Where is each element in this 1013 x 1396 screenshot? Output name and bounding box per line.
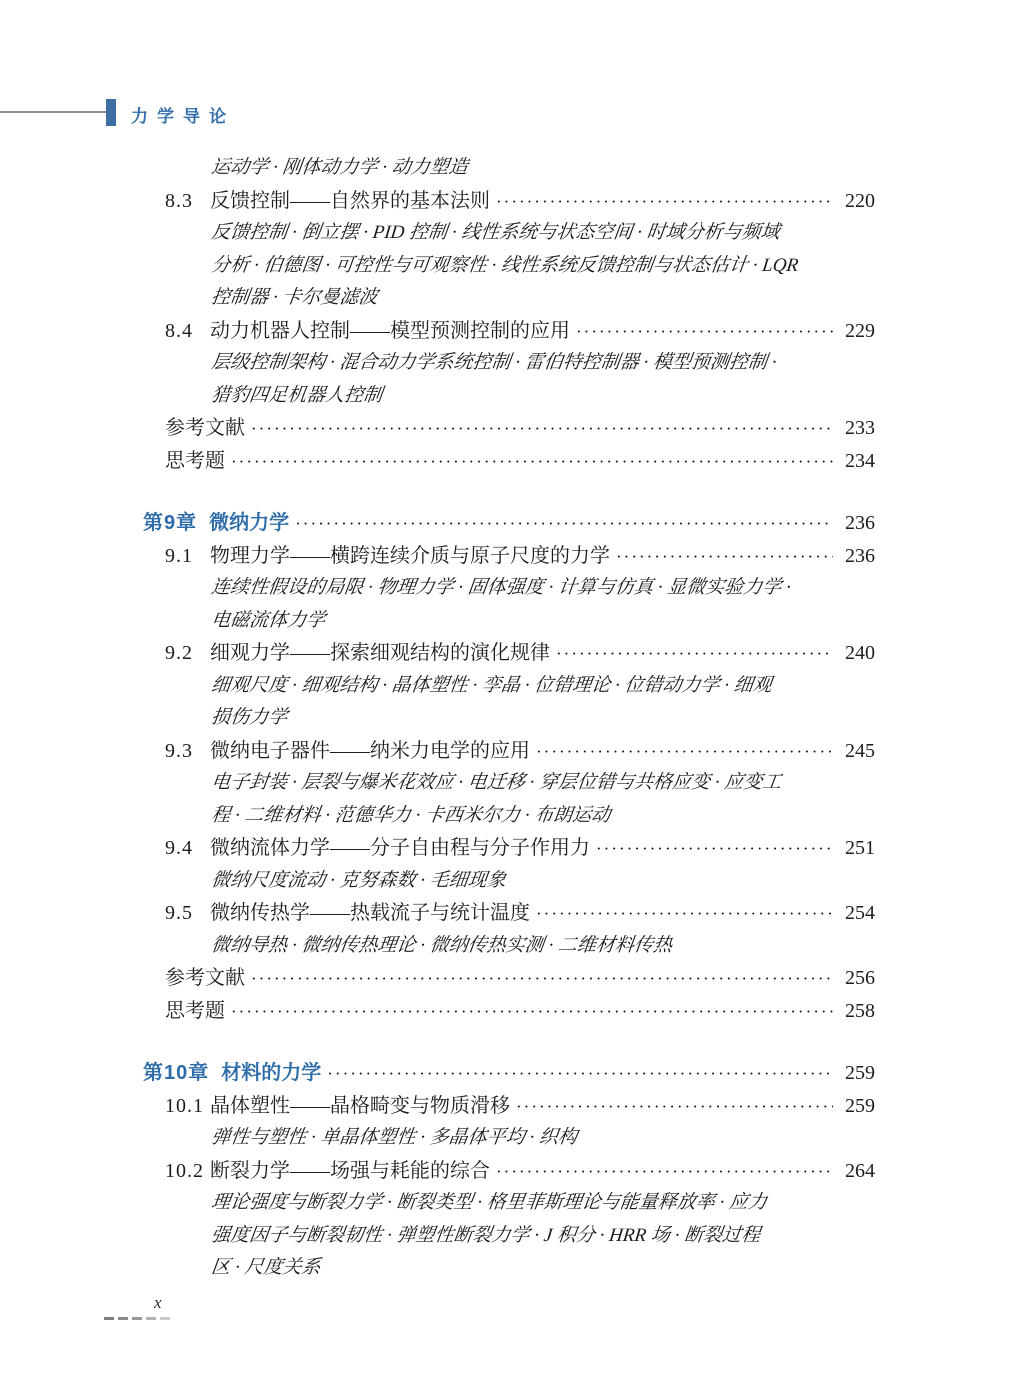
entry-title: 细观力学——探索细观结构的演化规律	[210, 637, 550, 670]
footer-page-number: x	[154, 1293, 162, 1313]
toc-entry-section: 9.4微纳流体力学——分子自由程与分子作用力251	[165, 832, 875, 865]
sub-topics-text: 程 · 二维材料 · 范德华力 · 卡西米尔力 · 布朗运动	[209, 800, 612, 833]
dot-leader	[536, 736, 833, 769]
entry-title: 反馈控制——自然界的基本法则	[210, 185, 490, 218]
entry-page-number: 259	[841, 1057, 875, 1090]
toc-sub-line: 微纳导热 · 微纳传热理论 · 微纳传热实测 · 二维材料传热	[210, 930, 875, 963]
toc-entry-chapter: 第10章材料的力学259	[143, 1057, 875, 1090]
toc-entry-ref: 思考题234	[165, 445, 875, 478]
toc-entry-chapter: 第9章微纳力学236	[143, 507, 875, 540]
toc-sub-line: 反馈控制 · 倒立摆 · PID 控制 · 线性系统与状态空间 · 时域分析与频…	[210, 217, 875, 250]
toc-sub-line: 控制器 · 卡尔曼滤波	[210, 282, 875, 315]
entry-title: 思考题	[165, 445, 225, 478]
sub-topics-text: 电子封装 · 层裂与爆米花效应 · 电迁移 · 穿层位错与共格应变 · 应变工	[209, 767, 783, 800]
toc-entry-ref: 思考题258	[165, 995, 875, 1028]
footer-dashes	[104, 1317, 170, 1320]
toc-entry-section: 10.2断裂力学——场强与耗能的综合264	[165, 1155, 875, 1188]
sub-topics-text: 连续性假设的局限 · 物理力学 · 固体强度 · 计算与仿真 · 显微实验力学 …	[209, 572, 793, 605]
sub-topics-text: 细观尺度 · 细观结构 · 晶体塑性 · 孪晶 · 位错理论 · 位错动力学 ·…	[209, 670, 774, 703]
entry-title: 物理力学——横跨连续介质与原子尺度的力学	[210, 540, 610, 573]
sub-topics-text: 区 · 尺度关系	[209, 1252, 322, 1285]
toc-sub-line: 损伤力学	[210, 702, 875, 735]
dot-leader	[596, 833, 833, 866]
entry-page-number: 264	[841, 1155, 875, 1188]
entry-page-number: 256	[841, 962, 875, 995]
toc-sub-line: 猎豹四足机器人控制	[210, 380, 875, 413]
toc-entry-section: 8.4动力机器人控制——模型预测控制的应用229	[165, 315, 875, 348]
entry-title: 参考文献	[165, 412, 245, 445]
dot-leader	[231, 996, 833, 1029]
toc-entry-ref: 参考文献233	[165, 412, 875, 445]
footer-dash	[104, 1317, 114, 1320]
sub-topics-text: 弹性与塑性 · 单晶体塑性 · 多晶体平均 · 织构	[209, 1122, 579, 1155]
dot-leader	[496, 1156, 833, 1189]
footer-dash	[118, 1317, 128, 1320]
dot-leader	[516, 1091, 833, 1124]
section-number: 9.2	[165, 637, 210, 670]
sub-topics-text: 强度因子与断裂韧性 · 弹塑性断裂力学 · J 积分 · HRR 场 · 断裂过…	[209, 1220, 762, 1253]
entry-page-number: 259	[841, 1090, 875, 1123]
toc-sub-line: 运动学 · 刚体动力学 · 动力塑造	[210, 152, 875, 185]
header-rule	[0, 111, 106, 113]
entry-page-number: 229	[841, 315, 875, 348]
entry-title: 断裂力学——场强与耗能的综合	[210, 1155, 490, 1188]
toc-sub-line: 程 · 二维材料 · 范德华力 · 卡西米尔力 · 布朗运动	[210, 800, 875, 833]
toc-entry-section: 9.3微纳电子器件——纳米力电学的应用245	[165, 735, 875, 768]
sub-topics-text: 控制器 · 卡尔曼滤波	[209, 282, 379, 315]
toc-sub-line: 分析 · 伯德图 · 可控性与可观察性 · 线性系统反馈控制与状态估计 · LQ…	[210, 250, 875, 283]
toc-sub-line: 微纳尺度流动 · 克努森数 · 毛细现象	[210, 865, 875, 898]
sub-topics-text: 电磁流体力学	[209, 605, 327, 638]
book-title: 力学导论	[131, 102, 235, 127]
dot-leader	[251, 963, 833, 996]
entry-page-number: 240	[841, 637, 875, 670]
dot-leader	[536, 898, 833, 931]
toc-sub-line: 连续性假设的局限 · 物理力学 · 固体强度 · 计算与仿真 · 显微实验力学 …	[210, 572, 875, 605]
entry-page-number: 233	[841, 412, 875, 445]
toc-sub-line: 强度因子与断裂韧性 · 弹塑性断裂力学 · J 积分 · HRR 场 · 断裂过…	[210, 1220, 875, 1253]
entry-title: 晶体塑性——晶格畸变与物质滑移	[210, 1090, 510, 1123]
toc-sub-line: 弹性与塑性 · 单晶体塑性 · 多晶体平均 · 织构	[210, 1122, 875, 1155]
chapter-title: 微纳力学	[209, 507, 289, 540]
toc-sub-line: 区 · 尺度关系	[210, 1252, 875, 1285]
entry-title: 微纳流体力学——分子自由程与分子作用力	[210, 832, 590, 865]
toc-entry-section: 9.1物理力学——横跨连续介质与原子尺度的力学236	[165, 540, 875, 573]
entry-page-number: 236	[841, 540, 875, 573]
toc-entry-section: 9.2细观力学——探索细观结构的演化规律240	[165, 637, 875, 670]
toc-sub-line: 层级控制架构 · 混合动力学系统控制 · 雷伯特控制器 · 模型预测控制 ·	[210, 347, 875, 380]
toc-list: 运动学 · 刚体动力学 · 动力塑造8.3反馈控制——自然界的基本法则220反馈…	[143, 152, 875, 1285]
entry-page-number: 236	[841, 507, 875, 540]
sub-topics-text: 理论强度与断裂力学 · 断裂类型 · 格里菲斯理论与能量释放率 · 应力	[209, 1187, 769, 1220]
dot-leader	[327, 1058, 833, 1091]
footer-dash	[132, 1317, 142, 1320]
dot-leader	[295, 508, 833, 541]
sub-topics-text: 层级控制架构 · 混合动力学系统控制 · 雷伯特控制器 · 模型预测控制 ·	[209, 347, 778, 380]
entry-page-number: 254	[841, 897, 875, 930]
entry-page-number: 220	[841, 185, 875, 218]
dot-leader	[496, 186, 833, 219]
section-number: 9.4	[165, 832, 210, 865]
dot-leader	[251, 413, 833, 446]
entry-title: 微纳传热学——热载流子与统计温度	[210, 897, 530, 930]
dot-leader	[556, 638, 833, 671]
section-number: 10.1	[165, 1090, 210, 1123]
footer-dash	[160, 1317, 170, 1320]
chapter-number: 第10章	[143, 1057, 209, 1090]
entry-title: 微纳电子器件——纳米力电学的应用	[210, 735, 530, 768]
chapter-title: 材料的力学	[221, 1057, 321, 1090]
sub-topics-text: 猎豹四足机器人控制	[209, 380, 384, 413]
sub-topics-text: 运动学 · 刚体动力学 · 动力塑造	[209, 152, 470, 185]
section-number: 9.5	[165, 897, 210, 930]
toc-entry-ref: 参考文献256	[165, 962, 875, 995]
footer-dash	[146, 1317, 156, 1320]
sub-topics-text: 损伤力学	[209, 702, 289, 735]
entry-page-number: 251	[841, 832, 875, 865]
toc-entry-section: 9.5微纳传热学——热载流子与统计温度254	[165, 897, 875, 930]
toc-sub-line: 电子封装 · 层裂与爆米花效应 · 电迁移 · 穿层位错与共格应变 · 应变工	[210, 767, 875, 800]
section-number: 9.1	[165, 540, 210, 573]
toc-sub-line: 电磁流体力学	[210, 605, 875, 638]
sub-topics-text: 分析 · 伯德图 · 可控性与可观察性 · 线性系统反馈控制与状态估计 · LQ…	[209, 250, 800, 283]
toc-entry-section: 8.3反馈控制——自然界的基本法则220	[165, 185, 875, 218]
toc-sub-line: 理论强度与断裂力学 · 断裂类型 · 格里菲斯理论与能量释放率 · 应力	[210, 1187, 875, 1220]
toc-sub-line: 细观尺度 · 细观结构 · 晶体塑性 · 孪晶 · 位错理论 · 位错动力学 ·…	[210, 670, 875, 703]
entry-page-number: 245	[841, 735, 875, 768]
section-number: 10.2	[165, 1155, 210, 1188]
running-header: 力学导论	[0, 0, 1013, 130]
sub-topics-text: 微纳导热 · 微纳传热理论 · 微纳传热实测 · 二维材料传热	[209, 930, 674, 963]
entry-page-number: 258	[841, 995, 875, 1028]
sub-topics-text: 反馈控制 · 倒立摆 · PID 控制 · 线性系统与状态空间 · 时域分析与频…	[209, 217, 781, 250]
section-number: 8.4	[165, 315, 210, 348]
sub-topics-text: 微纳尺度流动 · 克努森数 · 毛细现象	[209, 865, 508, 898]
section-number: 9.3	[165, 735, 210, 768]
dot-leader	[616, 541, 833, 574]
toc-entry-section: 10.1晶体塑性——晶格畸变与物质滑移259	[165, 1090, 875, 1123]
dot-leader	[576, 316, 833, 349]
entry-title: 思考题	[165, 995, 225, 1028]
entry-page-number: 234	[841, 445, 875, 478]
header-accent-bar	[106, 99, 116, 126]
chapter-number: 第9章	[143, 507, 197, 540]
entry-title: 参考文献	[165, 962, 245, 995]
entry-title: 动力机器人控制——模型预测控制的应用	[210, 315, 570, 348]
section-number: 8.3	[165, 185, 210, 218]
book-page: 力学导论 运动学 · 刚体动力学 · 动力塑造8.3反馈控制——自然界的基本法则…	[0, 0, 1013, 1396]
dot-leader	[231, 446, 833, 479]
